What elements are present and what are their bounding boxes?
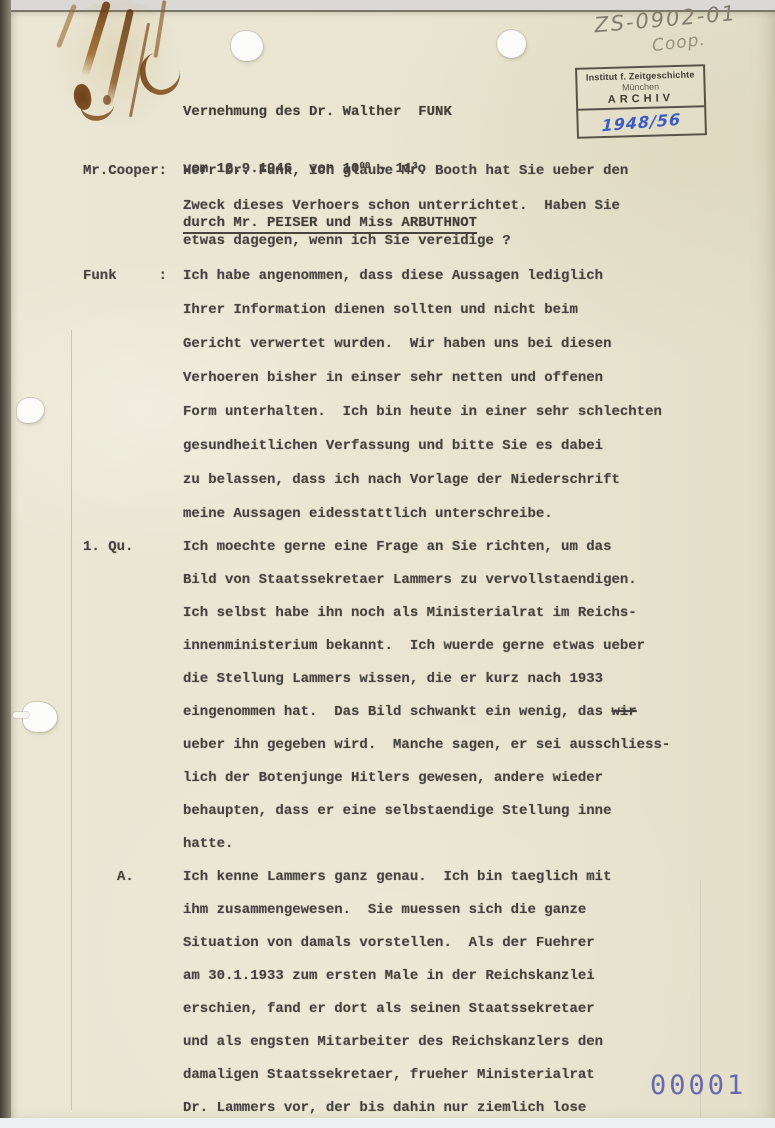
transcript-line: Ich moechte gerne eine Frage an Sie rich… xyxy=(183,531,673,564)
speaker-label: A. xyxy=(83,861,183,894)
transcript-line: Situation von damals vorstellen. Als der… xyxy=(183,927,673,960)
header-title-line: Vernehmung des Dr. Walther FUNK xyxy=(183,103,477,121)
speaker-label: Funk : xyxy=(83,259,183,293)
transcript-line: Form unterhalten. Ich bin heute in einer… xyxy=(183,395,673,429)
transcript-line: am 30.1.1933 zum ersten Male in der Reic… xyxy=(183,960,673,993)
transcript-line: Bild von Staatssekretaer Lammers zu verv… xyxy=(183,564,673,597)
transcript-line: Ich habe angenommen, dass diese Aussagen… xyxy=(183,259,673,293)
transcript-line: hatte. xyxy=(183,828,673,861)
transcript-line: ihm zusammengewesen. Sie muessen sich di… xyxy=(183,894,673,927)
archive-stamp: Institut f. Zeitgeschichte München ARCHI… xyxy=(575,64,707,139)
fold-crease xyxy=(71,330,72,1110)
transcript-block: Funk :Ich habe angenommen, dass diese Au… xyxy=(83,259,673,531)
punch-hole xyxy=(231,31,263,61)
transcript-line: und als engsten Mitarbeiter des Reichska… xyxy=(183,1026,673,1059)
transcript-line: gesundheitlichen Verfassung und bitte Si… xyxy=(183,429,673,463)
stamp-accession-number: 1948/56 xyxy=(578,107,705,137)
transcript-line: Ich selbst habe ihn noch als Ministerial… xyxy=(183,597,673,630)
transcript-line: behaupten, dass er eine selbstaendige St… xyxy=(183,795,673,828)
transcript-line: eingenommen hat. Das Bild schwankt ein w… xyxy=(183,696,673,729)
speaker-label: 1. Qu. xyxy=(83,531,183,564)
transcript-line: Ich kenne Lammers ganz genau. Ich bin ta… xyxy=(183,861,673,894)
transcript-block: Mr.Cooper:Herr Dr. Funk, ich glaube Mr. … xyxy=(83,154,673,259)
scanned-document-page: ZS-0902-01 Coop. Institut f. Zeitgeschic… xyxy=(0,0,775,1128)
page-number-stamp: 00001 xyxy=(650,1070,746,1101)
transcript-block: A.Ich kenne Lammers ganz genau. Ich bin … xyxy=(83,861,673,1125)
transcript-line: meine Aussagen eidesstattlich unterschre… xyxy=(183,497,673,531)
stamp-archiv: ARCHIV xyxy=(580,91,702,106)
transcript-line: Dr. Lammers vor, der bis dahin nur zieml… xyxy=(183,1092,673,1125)
transcript-line: erschien, fand er dort als seinen Staats… xyxy=(183,993,673,1026)
transcript-line: die Stellung Lammers wissen, die er kurz… xyxy=(183,663,673,696)
struck-word: wir xyxy=(611,704,636,720)
accession-number-handwritten: 1948/56 xyxy=(602,109,682,134)
transcript-line: etwas dagegen, wenn ich Sie vereidige ? xyxy=(183,224,673,259)
transcript-line: innenministerium bekannt. Ich wuerde ger… xyxy=(183,630,673,663)
transcript-line: lich der Botenjunge Hitlers gewesen, and… xyxy=(183,762,673,795)
archive-stamp-header: Institut f. Zeitgeschichte München ARCHI… xyxy=(577,66,704,111)
transcript-block: 1. Qu.Ich moechte gerne eine Frage an Si… xyxy=(83,531,673,861)
transcript-line: Zweck dieses Verhoers schon unterrichtet… xyxy=(183,189,673,224)
transcript-line: Verhoeren bisher in einser sehr netten u… xyxy=(183,361,673,395)
transcript-line: ueber ihn gegeben wird. Manche sagen, er… xyxy=(183,729,673,762)
transcript-line: damaligen Staatssekretaer, frueher Minis… xyxy=(183,1059,673,1092)
transcript-line: Gericht verwertet wurden. Wir haben uns … xyxy=(183,327,673,361)
punch-hole xyxy=(23,702,57,732)
transcript-line: zu belassen, dass ich nach Vorlage der N… xyxy=(183,463,673,497)
speaker-label: Mr.Cooper: xyxy=(83,154,183,189)
transcript: Mr.Cooper:Herr Dr. Funk, ich glaube Mr. … xyxy=(83,154,673,1125)
punch-hole xyxy=(497,30,526,58)
scan-left-edge xyxy=(0,0,11,1118)
transcript-line: Herr Dr. Funk, ich glaube Mr. Booth hat … xyxy=(183,154,673,189)
transcript-line: Ihrer Information dienen sollten und nic… xyxy=(183,293,673,327)
